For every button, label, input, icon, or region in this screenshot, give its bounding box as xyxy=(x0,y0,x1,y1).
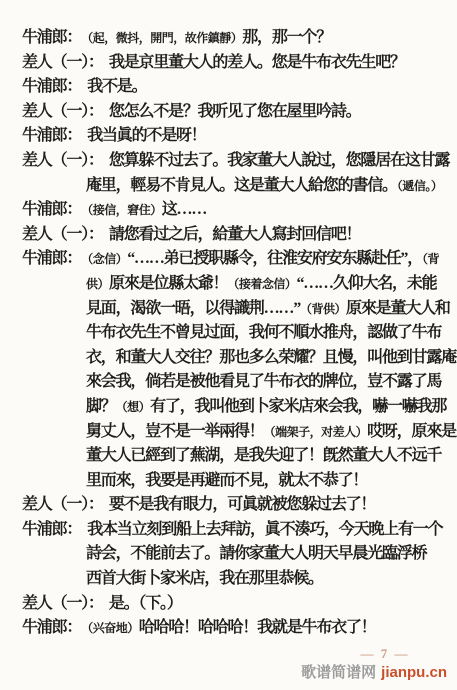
watermark-site-name: 歌谱简谱网 xyxy=(301,664,376,681)
stage-direction: （起，微抖，開門，故作鎮靜） xyxy=(87,31,242,45)
watermark: 歌谱简谱网jianpu.cn xyxy=(301,661,447,682)
script-line: 差人（一）：要不是我有眼力，可眞就被您躲过去了！ xyxy=(0,493,457,518)
stage-direction: 供） xyxy=(86,277,109,291)
script-line: 差人（一）：請您看过之后，給董大人寫封回信吧！ xyxy=(0,223,457,248)
speaker-name: 牛浦郎： xyxy=(22,29,81,46)
dialogue-text: 我本当立刻到船上去拜訪，眞不湊巧，今天晚上有一个 xyxy=(87,521,442,538)
script-line: 差人（一）：是。（下。） xyxy=(0,592,457,617)
script-line: 牛浦郎：我不是。 xyxy=(0,75,457,100)
script-line: 舅丈人，豈不是一举兩得！（端架子，对差人）哎呀，原來是 xyxy=(0,420,457,445)
dialogue-text: 是。（下。） xyxy=(109,595,182,612)
speaker-name: 牛浦郎： xyxy=(22,201,81,218)
script-line: 來会我，倘若是被他看見了牛布衣的牌位，豈不露了馬 xyxy=(0,370,457,395)
watermark-domain: jianpu.cn xyxy=(381,664,447,681)
dialogue-text: 哈哈哈！哈哈哈！我就是牛布衣了！ xyxy=(139,619,376,636)
stage-direction: （接着念信） xyxy=(227,277,296,291)
speaker-name: 牛浦郎： xyxy=(22,250,81,267)
dialogue-text: 舅丈人，豈不是一举兩得！ xyxy=(86,423,264,440)
stage-direction: （遞信。） xyxy=(397,179,443,193)
script-line: 牛浦郎：（起，微抖，開門，故作鎮靜）那，那一个？ xyxy=(0,26,457,51)
script-line: 衣，和董大人交往？那也多么荣耀？且慢，叫他到甘露庵 xyxy=(0,346,457,371)
dialogue-text: 这…… xyxy=(162,201,206,218)
speaker-name: 差人（一）： xyxy=(22,595,103,612)
script-line: 里而來，我要是再避而不見，就太不恭了！ xyxy=(0,469,457,494)
dialogue-text: 衣，和董大人交往？那也多么荣耀？且慢，叫他到甘露庵 xyxy=(86,349,456,366)
speaker-name: 牛浦郎： xyxy=(22,127,81,144)
script-line: 牛浦郎：（接信，窘住）这…… xyxy=(0,198,457,223)
stage-direction: （接信，窘住） xyxy=(87,203,162,217)
script-line: 見面，渴欲一晤，以得識荆……”（背供）原來是董大人和 xyxy=(0,297,457,322)
stage-direction: （背供） xyxy=(300,302,346,316)
script-line: 庵里，輕易不肯見人。这是董大人給您的書信。（遞信。） xyxy=(0,174,457,199)
speaker-name: 差人（一）： xyxy=(22,152,103,169)
dialogue-text: 我不是。 xyxy=(87,78,146,95)
dialogue-text: 您算躲不过去了。我家董大人說过，您隱居在这甘露 xyxy=(109,152,449,169)
speaker-name: 差人（一）： xyxy=(22,103,103,120)
stage-direction: （端架子，对差人） xyxy=(264,425,368,439)
stage-direction: （背 xyxy=(422,252,439,266)
dialogue-text: “……弟已授职縣令，往淮安府安东縣赴任”， xyxy=(127,250,422,267)
script-line: 供）原來是位縣太爺！（接着念信）“……久仰大名，未能 xyxy=(0,272,457,297)
dialogue-text: 見面，渴欲一晤，以得識荆……” xyxy=(86,300,300,317)
dialogue-text: 要不是我有眼力，可眞就被您躲过去了！ xyxy=(109,496,375,513)
dialogue-text: 詩会，不能前去了。請你家董大人明天早晨光臨浮桥 xyxy=(86,545,426,562)
dialogue-text: 脚？ xyxy=(86,398,116,415)
scanned-script-page: 牛浦郎：（起，微抖，開門，故作鎮靜）那，那一个？差人（一）：我是京里董大人的差人… xyxy=(0,0,457,690)
script-line: 牛布衣先生不曾見过面，我何不順水推舟，認做了牛布 xyxy=(0,321,457,346)
dialogue-text: 您怎么不是？我听见了您在屋里吟詩。 xyxy=(109,103,361,120)
dialogue-text: 牛布衣先生不曾見过面，我何不順水推舟，認做了牛布 xyxy=(86,324,441,341)
script-line: 牛浦郎：（念信）“……弟已授职縣令，往淮安府安东縣赴任”，（背 xyxy=(0,247,457,272)
speaker-name: 牛浦郎： xyxy=(22,78,81,95)
dialogue-text: 西首大街卜家米店，我在那里恭候。 xyxy=(86,570,323,587)
dialogue-text: 我是京里董大人的差人。您是牛布衣先生吧？ xyxy=(109,54,405,71)
dialogue-text: 請您看过之后，給董大人寫封回信吧！ xyxy=(109,226,361,243)
script-line: 牛浦郎：我本当立刻到船上去拜訪，眞不湊巧，今天晚上有一个 xyxy=(0,518,457,543)
script-line: 差人（一）：您怎么不是？我听见了您在屋里吟詩。 xyxy=(0,100,457,125)
script-line: 董大人已經到了蕪湖，是我失迎了！旣然董大人不远千 xyxy=(0,444,457,469)
dialogue-text: 哎呀，原來是 xyxy=(367,423,456,440)
script-line: 差人（一）：我是京里董大人的差人。您是牛布衣先生吧？ xyxy=(0,51,457,76)
speaker-name: 牛浦郎： xyxy=(22,619,81,636)
script-line: 牛浦郎：我当眞的不是呀！ xyxy=(0,124,457,149)
script-line: 西首大街卜家米店，我在那里恭候。 xyxy=(0,567,457,592)
script-line: 差人（一）：您算躲不过去了。我家董大人說过，您隱居在这甘露 xyxy=(0,149,457,174)
dialogue-text: 那，那一个？ xyxy=(242,29,331,46)
dialogue-text: 董大人已經到了蕪湖，是我失迎了！旣然董大人不远千 xyxy=(86,447,441,464)
page-number: — 7 — xyxy=(350,646,420,662)
script-line: 詩会，不能前去了。請你家董大人明天早晨光臨浮桥 xyxy=(0,542,457,567)
stage-direction: （念信） xyxy=(87,252,127,266)
script-line: 脚？（想）有了，我叫他到卜家米店來会我，嚇一嚇我那 xyxy=(0,395,457,420)
speaker-name: 差人（一）： xyxy=(22,496,103,513)
script-lines: 牛浦郎：（起，微抖，開門，故作鎮靜）那，那一个？差人（一）：我是京里董大人的差人… xyxy=(0,26,457,641)
dialogue-text: 庵里，輕易不肯見人。这是董大人給您的書信。 xyxy=(86,177,397,194)
dialogue-text: 里而來，我要是再避而不見，就太不恭了！ xyxy=(86,472,367,489)
dialogue-text: 我当眞的不是呀！ xyxy=(87,127,205,144)
stage-direction: （想） xyxy=(116,400,151,414)
dialogue-text: “……久仰大名，未能 xyxy=(296,275,436,292)
script-line: 牛浦郎：（兴奋地）哈哈哈！哈哈哈！我就是牛布衣了！ xyxy=(0,616,457,641)
dialogue-text: 來会我，倘若是被他看見了牛布衣的牌位，豈不露了馬 xyxy=(86,373,441,390)
speaker-name: 差人（一）： xyxy=(22,226,103,243)
speaker-name: 牛浦郎： xyxy=(22,521,81,538)
stage-direction: （兴奋地） xyxy=(87,621,139,635)
speaker-name: 差人（一）： xyxy=(22,54,103,71)
dialogue-text: 有了，我叫他到卜家米店來会我，嚇一嚇我那 xyxy=(150,398,446,415)
dialogue-text: 原來是董大人和 xyxy=(346,300,450,317)
dialogue-text: 原來是位縣太爺！ xyxy=(109,275,227,292)
